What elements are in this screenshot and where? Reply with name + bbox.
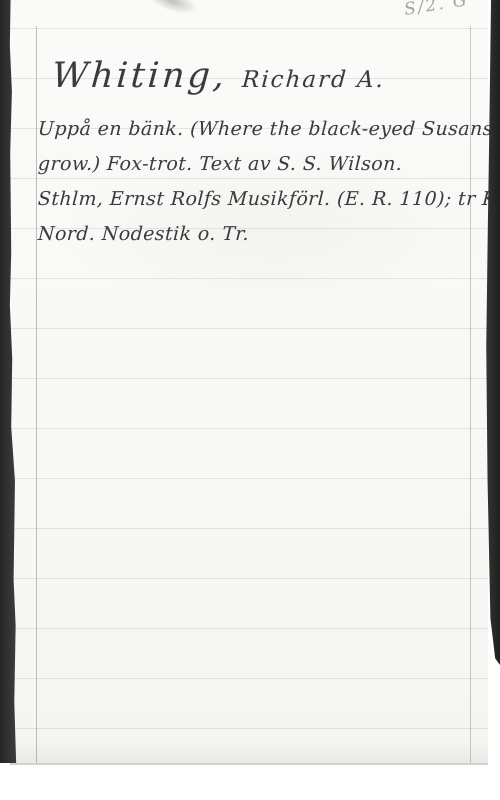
entry-line-title-2: grow.) Fox-trot. Text av S. S. Wilson. xyxy=(37,153,474,175)
catalog-card xyxy=(10,0,488,765)
scanned-catalog-card-page: S/2. G Whiting, Richard A. Uppå en bänk.… xyxy=(0,0,500,800)
author-forename: Richard A. xyxy=(241,67,386,93)
entry-line-imprint-1: Sthlm, Ernst Rolfs Musikförl. (E. R. 110… xyxy=(37,188,474,210)
heading-author: Whiting, Richard A. xyxy=(52,56,385,96)
entry-line-title-1: Uppå en bänk. (Where the black-eyed Susa… xyxy=(37,118,474,140)
author-surname: Whiting, xyxy=(51,56,229,96)
scan-background xyxy=(0,765,500,800)
entry-line-imprint-2: Nord. Nodestik o. Tr. xyxy=(37,223,474,245)
